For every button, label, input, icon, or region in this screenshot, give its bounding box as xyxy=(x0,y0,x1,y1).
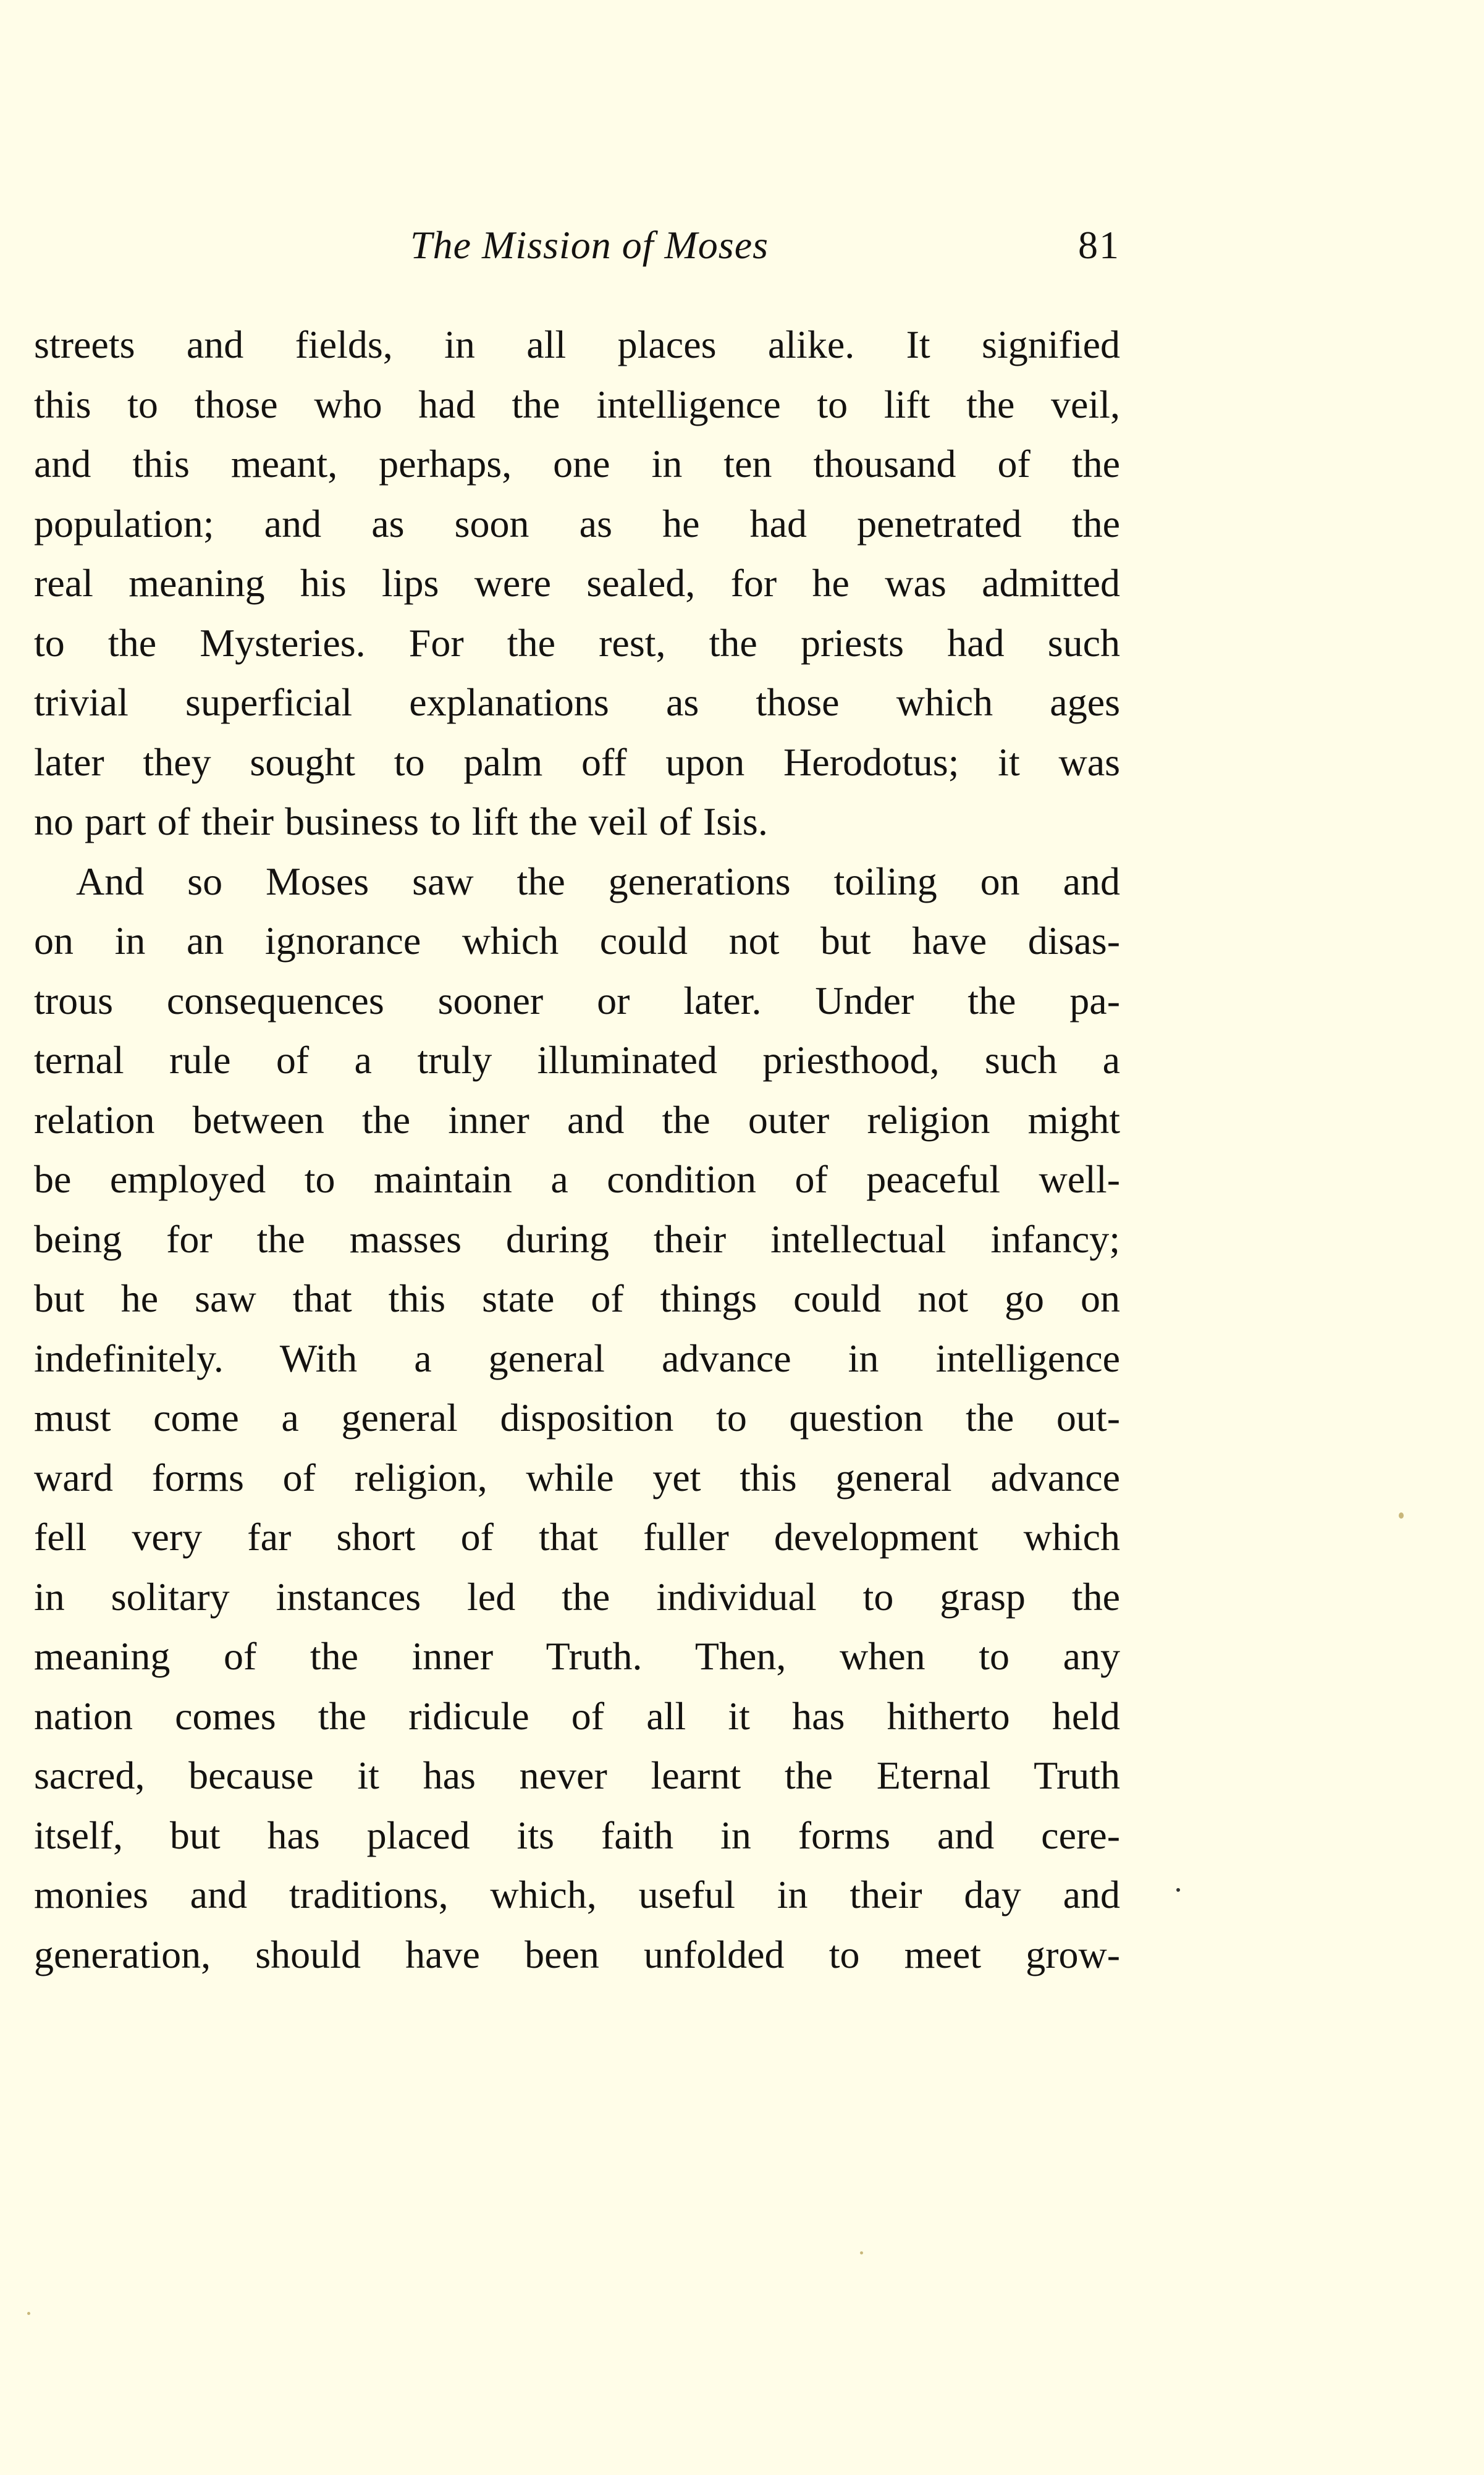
text-line: relation between the inner and the outer… xyxy=(34,1090,1120,1150)
paper-speck xyxy=(860,2251,863,2254)
text-line: meaning of the inner Truth. Then, when t… xyxy=(34,1627,1120,1687)
paper-speck xyxy=(1176,1888,1180,1892)
text-line: this to those who had the intelligence t… xyxy=(34,375,1120,435)
text-line: being for the masses during their intell… xyxy=(34,1210,1120,1270)
text-line: population; and as soon as he had penetr… xyxy=(34,494,1120,554)
text-line: be employed to maintain a condition of p… xyxy=(34,1150,1120,1210)
text-line: nation comes the ridicule of all it has … xyxy=(34,1687,1120,1747)
page-number: 81 xyxy=(1078,222,1120,268)
book-page: The Mission of Moses 81 streets and fiel… xyxy=(0,0,1484,2475)
paper-speck xyxy=(27,2312,30,2315)
text-line: monies and traditions, which, useful in … xyxy=(34,1865,1120,1925)
text-line: generation, should have been unfolded to… xyxy=(34,1925,1120,1985)
text-line: must come a general disposition to quest… xyxy=(34,1388,1120,1448)
text-line: but he saw that this state of things cou… xyxy=(34,1269,1120,1329)
body-text: streets and fields, in all places alike.… xyxy=(34,315,1120,1984)
text-line: to the Mysteries. For the rest, the prie… xyxy=(34,613,1120,673)
paper-speck xyxy=(1399,1512,1404,1519)
text-line: in solitary instances led the individual… xyxy=(34,1567,1120,1627)
text-line: indefinitely. With a general advance in … xyxy=(34,1329,1120,1389)
text-line: real meaning his lips were sealed, for h… xyxy=(34,554,1120,613)
text-line: later they sought to palm off upon Herod… xyxy=(34,733,1120,793)
text-line: streets and fields, in all places alike.… xyxy=(34,315,1120,375)
text-line: trous consequences sooner or later. Unde… xyxy=(34,971,1120,1031)
text-line: fell very far short of that fuller devel… xyxy=(34,1507,1120,1567)
text-line: trivial superficial explanations as thos… xyxy=(34,673,1120,733)
paragraph-first-line: And so Moses saw the generations toiling… xyxy=(34,852,1120,912)
text-line: on in an ignorance which could not but h… xyxy=(34,911,1120,971)
running-head: The Mission of Moses 81 xyxy=(34,222,1120,278)
text-line: ternal rule of a truly illuminated pries… xyxy=(34,1031,1120,1090)
running-title: The Mission of Moses xyxy=(34,222,1120,268)
text-line: and this meant, perhaps, one in ten thou… xyxy=(34,434,1120,494)
text-line: ward forms of religion, while yet this g… xyxy=(34,1448,1120,1508)
text-line: no part of their business to lift the ve… xyxy=(34,792,1120,852)
text-line: sacred, because it has never learnt the … xyxy=(34,1746,1120,1806)
text-line: itself, but has placed its faith in form… xyxy=(34,1806,1120,1866)
